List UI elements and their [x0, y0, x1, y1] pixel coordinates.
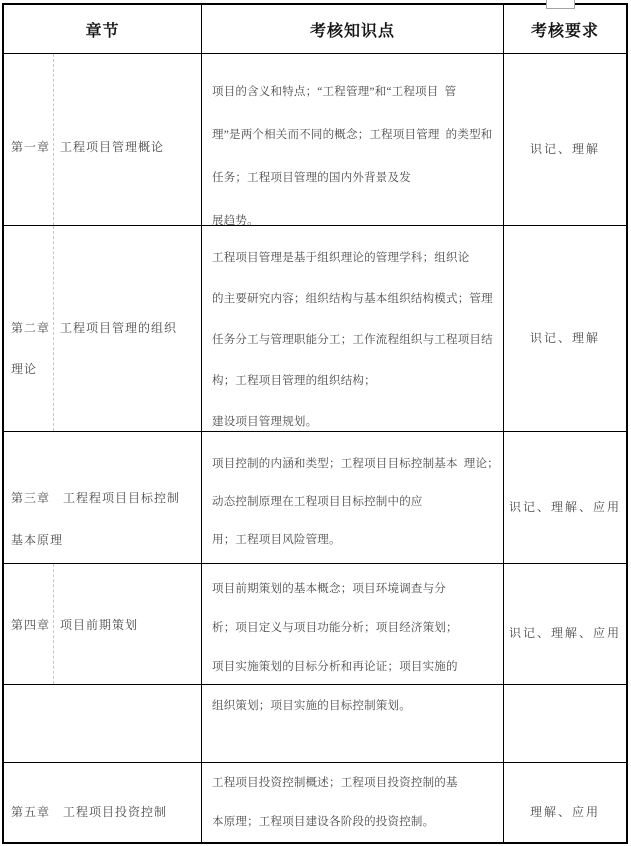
- knowledge-cell: 工程项目投资控制概述；工程项目投资控制的基 本原理；工程项目建设各阶段的投资控制…: [202, 763, 504, 842]
- table-row: 第五章 工程项目投资控制 工程项目投资控制概述；工程项目投资控制的基 本原理；工…: [4, 763, 626, 842]
- requirement-cell: 识记、理解: [504, 226, 626, 431]
- knowledge-cell: 项目前期策划的基本概念；项目环境调查与分 析；项目定义与项目功能分析；项目经济策…: [202, 564, 504, 684]
- chapter-cell: 第五章 工程项目投资控制: [4, 763, 202, 842]
- knowledge-text: 工程项目投资控制概述；工程项目投资控制的基 本原理；工程项目建设各阶段的投资控制…: [212, 763, 503, 842]
- chapter-title: 第三章 工程程项目目标控制 基本原理: [4, 477, 180, 561]
- table-row: 组织策划；项目实施的目标控制策划。: [4, 685, 626, 763]
- requirement-cell: 识记、理解、应用: [504, 432, 626, 562]
- chapter-cell: 第二章 理论 工程项目管理的组织: [4, 226, 202, 431]
- chapter-title: 第五章 工程项目投资控制: [4, 793, 167, 832]
- chapter-number: 第四章: [4, 605, 54, 646]
- requirement-cell: 识记、理解、应用: [504, 564, 626, 684]
- knowledge-text: 工程项目管理是基于组织理论的管理学科；组织论 的主要研究内容；组织结构与基本组织…: [212, 226, 503, 431]
- knowledge-cell: 项目的含义和特点；“工程管理”和“工程项目 管 理”是两个相关而不同的概念；工程…: [202, 54, 504, 225]
- requirement-text: 识记、理解: [530, 329, 600, 346]
- chapter-title: 工程项目管理概论: [54, 127, 164, 168]
- assessment-table: 章节 考核知识点 考核要求 第一章 工程项目管理概论 项目的含义和特点；“工程管…: [2, 3, 628, 844]
- chapter-cell: 第四章 项目前期策划: [4, 564, 202, 684]
- requirement-cell: [504, 685, 626, 762]
- header-label-chapter: 章节: [85, 18, 119, 41]
- header-label-requirement: 考核要求: [531, 18, 599, 41]
- knowledge-cell: 工程项目管理是基于组织理论的管理学科；组织论 的主要研究内容；组织结构与基本组织…: [202, 226, 504, 431]
- chapter-cell: 第一章 工程项目管理概论: [4, 54, 202, 225]
- header-label-knowledge: 考核知识点: [310, 18, 395, 41]
- knowledge-text: 组织策划；项目实施的目标控制策划。: [212, 685, 503, 726]
- chapter-title: 工程项目管理的组织: [54, 308, 177, 349]
- knowledge-text: 项目前期策划的基本概念；项目环境调查与分 析；项目定义与项目功能分析；项目经济策…: [212, 564, 503, 684]
- requirement-text: 理解、应用: [530, 803, 600, 820]
- knowledge-text: 项目的含义和特点；“工程管理”和“工程项目 管 理”是两个相关而不同的概念；工程…: [212, 54, 503, 225]
- knowledge-cell: 项目控制的内涵和类型；工程项目目标控制基本 理论； 动态控制原理在工程项目目标控…: [202, 432, 504, 562]
- table-row: 第四章 项目前期策划 项目前期策划的基本概念；项目环境调查与分 析；项目定义与项…: [4, 564, 626, 685]
- table-row: 第三章 工程程项目目标控制 基本原理 项目控制的内涵和类型；工程项目目标控制基本…: [4, 432, 626, 563]
- requirement-text: 识记、理解、应用: [509, 498, 621, 515]
- header-cell-requirement: 考核要求: [504, 5, 626, 53]
- cropped-page-box-artifact: [546, 0, 575, 9]
- header-cell-knowledge: 考核知识点: [202, 5, 504, 53]
- knowledge-text: 项目控制的内涵和类型；工程项目目标控制基本 理论； 动态控制原理在工程项目目标控…: [212, 432, 503, 559]
- knowledge-cell: 组织策划；项目实施的目标控制策划。: [202, 685, 504, 762]
- table-row: 第一章 工程项目管理概论 项目的含义和特点；“工程管理”和“工程项目 管 理”是…: [4, 54, 626, 226]
- requirement-text: 识记、理解: [530, 140, 600, 157]
- requirement-cell: 识记、理解: [504, 54, 626, 225]
- chapter-subcolumn-divider: [53, 54, 54, 225]
- chapter-number: 第一章: [4, 127, 54, 168]
- requirement-cell: 理解、应用: [504, 763, 626, 842]
- chapter-cell: 第三章 工程程项目目标控制 基本原理: [4, 432, 202, 562]
- requirement-text: 识记、理解、应用: [509, 624, 621, 641]
- chapter-subcolumn-divider: [53, 564, 54, 684]
- chapter-subcolumn-divider: [53, 226, 54, 431]
- chapter-title: 项目前期策划: [54, 605, 138, 646]
- table-header-row: 章节 考核知识点 考核要求: [4, 5, 626, 54]
- table-row: 第二章 理论 工程项目管理的组织 工程项目管理是基于组织理论的管理学科；组织论 …: [4, 226, 626, 432]
- header-cell-chapter: 章节: [4, 5, 202, 53]
- chapter-number: 第二章 理论: [4, 308, 54, 390]
- chapter-cell: [4, 685, 202, 762]
